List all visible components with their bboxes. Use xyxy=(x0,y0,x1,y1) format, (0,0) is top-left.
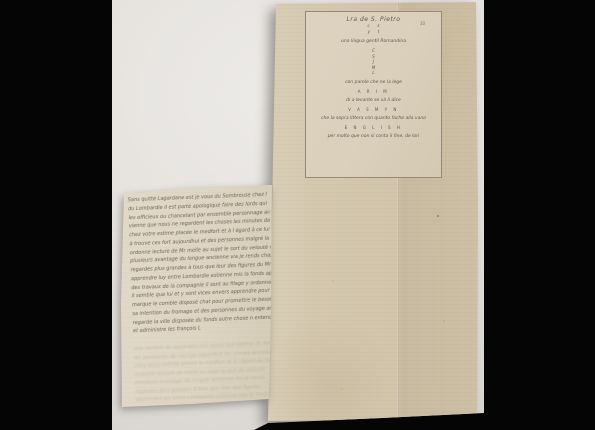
letter-shadow-wrap: Sans quitté Lagardane est je vous du Som… xyxy=(112,0,484,430)
photo-background: 10 Lra de S. Pietroc sy tuna lingua gent… xyxy=(112,0,484,430)
handwritten-letter-document: Sans quitté Lagardane est je vous du Som… xyxy=(121,183,273,408)
photo-frame: 10 Lra de S. Pietroc sy tuna lingua gent… xyxy=(0,0,595,430)
letter-showthrough-text: une sembre du apparallel ont voyez leur … xyxy=(134,340,277,405)
letter-handwriting-block: Sans quitté Lagardane est je vous du Som… xyxy=(128,191,277,405)
letter-main-text: Sans quitté Lagardane est je vous du Som… xyxy=(128,191,274,328)
